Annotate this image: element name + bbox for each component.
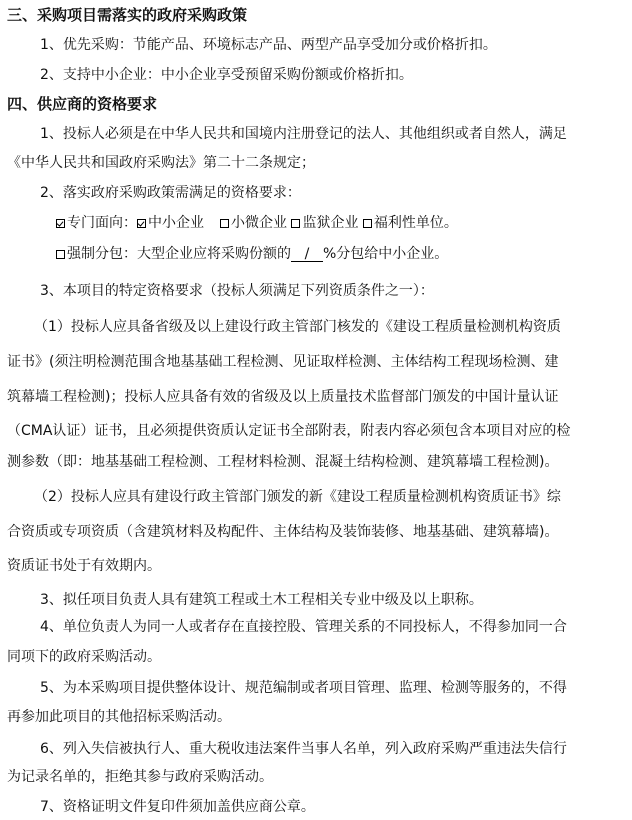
micro-enterprise-label: 小微企业 [231, 215, 287, 231]
req-1-line-2: 《中华人民共和国政府采购法》第二十二条规定； [7, 154, 315, 172]
micro-enterprise-checkbox[interactable] [220, 219, 229, 228]
req-3-1-line-3: 筑幕墙工程检测)；投标人应具备有效的省级及以上质量技术监督部门颁发的中国计量认证 [7, 388, 558, 406]
req-7: 7、资格证明文件复印件须加盖供应商公章。 [40, 798, 315, 816]
req-3-2-line-3: 资质证书处于有效期内。 [7, 557, 161, 575]
prison-enterprise-checkbox[interactable] [291, 219, 300, 228]
welfare-unit-label: 福利性单位。 [374, 215, 458, 231]
sme-label: 中小企业 [148, 215, 204, 231]
req-5-line-1: 5、为本采购项目提供整体设计、规范编制或者项目管理、监理、检测等服务的，不得 [40, 679, 567, 697]
special-target-checkbox[interactable] [56, 219, 65, 228]
req-4-line-1: 4、单位负责人为同一人或者存在直接控股、管理关系的不同投标人，不得参加同一合 [40, 618, 567, 636]
req-2-title: 2、落实政府采购政策需满足的资格要求： [40, 184, 301, 202]
section-3-heading: 三、采购项目需落实的政府采购政策 [7, 6, 247, 24]
req-5-line-2: 再参加此项目的其他招标采购活动。 [7, 708, 231, 726]
req-3-2-line-2: 合资质或专项资质（含建筑材料及构配件、主体结构及装饰装修、地基基础、建筑幕墙)。 [7, 523, 558, 541]
req-3-1-line-1: （1）投标人应具备省级及以上建设行政主管部门核发的《建设工程质量检测机构资质 [34, 318, 561, 336]
req-3-1-line-2: 证书》(须注明检测范围含地基基础工程检测、见证取样检测、主体结构工程现场检测、建 [7, 353, 558, 371]
sme-checkbox[interactable] [137, 219, 146, 228]
req-3-1-line-4: （CMA认证）证书，且必须提供资质认定证书全部附表，附表内容必须包含本项目对应的… [7, 422, 570, 440]
subcontract-suffix: %分包给中小企业。 [323, 246, 448, 262]
subcontract-percent-field: / [291, 247, 323, 262]
req-1-line-1: 1、投标人必须是在中华人民共和国境内注册登记的法人、其他组织或者自然人，满足 [40, 125, 567, 143]
subcontract-prefix: 强制分包：大型企业应将采购份额的 [67, 246, 291, 262]
req-6-line-1: 6、列入失信被执行人、重大税收违法案件当事人名单，列入政府采购严重违法失信行 [40, 740, 567, 758]
special-target-row: 专门面向：中小企业小微企业 监狱企业 福利性单位。 [56, 214, 458, 232]
prison-enterprise-label: 监狱企业 [302, 215, 358, 231]
policy-item-1: 1、优先采购：节能产品、环境标志产品、两型产品享受加分或价格折扣。 [40, 36, 497, 54]
subcontract-row: 强制分包：大型企业应将采购份额的/%分包给中小企业。 [56, 245, 448, 263]
special-target-label: 专门面向： [67, 215, 137, 231]
req-6-line-2: 为记录名单的，拒绝其参与政府采购活动。 [7, 768, 273, 786]
section-4-heading: 四、供应商的资格要求 [7, 95, 157, 113]
req-3-2-line-1: （2）投标人应具有建设行政主管部门颁发的新《建设工程质量检测机构资质证书》综 [34, 488, 561, 506]
welfare-unit-checkbox[interactable] [363, 219, 372, 228]
req-3-title: 3、本项目的特定资格要求（投标人须满足下列资质条件之一）： [40, 282, 434, 300]
req-4-line-2: 同项下的政府采购活动。 [7, 648, 161, 666]
req-3b: 3、拟任项目负责人具有建筑工程或土木工程相关专业中级及以上职称。 [40, 591, 483, 609]
req-3-1-line-5: 测参数（即：地基基础工程检测、工程材料检测、混凝土结构检测、建筑幕墙工程检测)。 [7, 453, 558, 471]
policy-item-2: 2、支持中小企业：中小企业享受预留采购份额或价格折扣。 [40, 66, 413, 84]
subcontract-checkbox[interactable] [56, 250, 65, 259]
